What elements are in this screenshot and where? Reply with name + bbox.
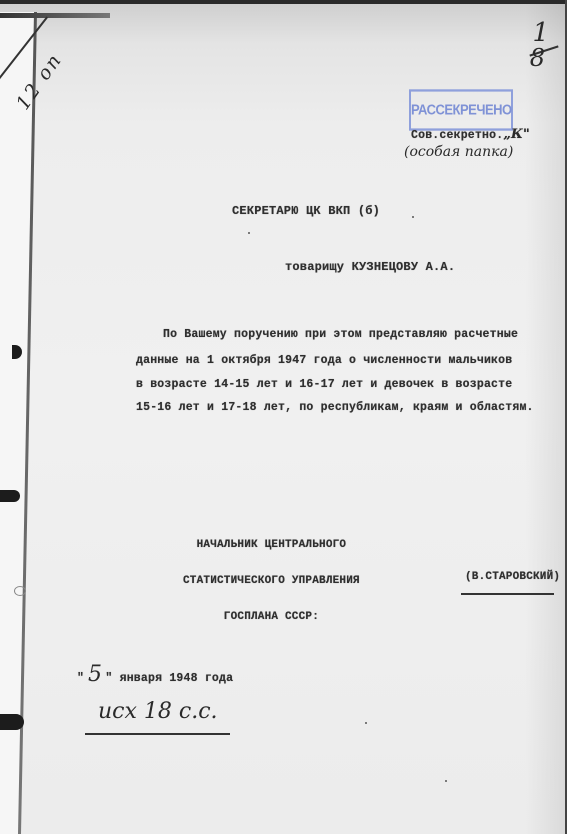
classification-text: Сов.секретно. (411, 129, 503, 142)
addressee-title: СЕКРЕТАРЮ ЦК ВКП (б) (232, 204, 380, 218)
addressee-name: товарищу КУЗНЕЦОВУ А.А. (285, 260, 455, 274)
classification-mark: „К" (503, 127, 530, 142)
body-line-4: 15-16 лет и 17-18 лет, по республикам, к… (136, 401, 534, 414)
scan-speck (365, 722, 367, 724)
signatory-name: (В.СТАРОВСКИЙ) (465, 571, 560, 583)
binding-hole-2 (0, 490, 20, 502)
scan-speck (412, 216, 414, 218)
body-line-2: данные на 1 октября 1947 года о численно… (136, 354, 512, 367)
date-day-handwritten: 5 (88, 662, 102, 687)
declassified-stamp: РАССЕКРЕЧЕНО (409, 89, 513, 130)
folio-number-bottom: 8 (530, 44, 545, 72)
classification-label: Сов.секретно.„К" (411, 127, 530, 142)
outgoing-number: исх 18 с.с. (98, 699, 218, 724)
binding-hole-4 (0, 714, 24, 730)
signatory-title-line-2: СТАТИСТИЧЕСКОГО УПРАВЛЕНИЯ (183, 575, 360, 587)
body-line-1: По Вашему поручению при этом представляю… (163, 328, 518, 341)
binding-shadow (0, 13, 110, 18)
scan-speck (248, 232, 250, 234)
outgoing-number-underline (85, 733, 230, 735)
binding-hole-3 (14, 586, 26, 596)
signatory-title-line-3: ГОСПЛАНА СССР: (183, 611, 360, 623)
classification-note: (особая папка) (404, 144, 513, 160)
signatory-title-line-1: НАЧАЛЬНИК ЦЕНТРАЛЬНОГО (183, 539, 360, 551)
body-line-3: в возрасте 14-15 лет и 16-17 лет и девоч… (136, 378, 512, 391)
scan-speck (445, 780, 447, 782)
signatory-title: НАЧАЛЬНИК ЦЕНТРАЛЬНОГО СТАТИСТИЧЕСКОГО У… (183, 515, 360, 635)
signature-line (461, 593, 554, 595)
